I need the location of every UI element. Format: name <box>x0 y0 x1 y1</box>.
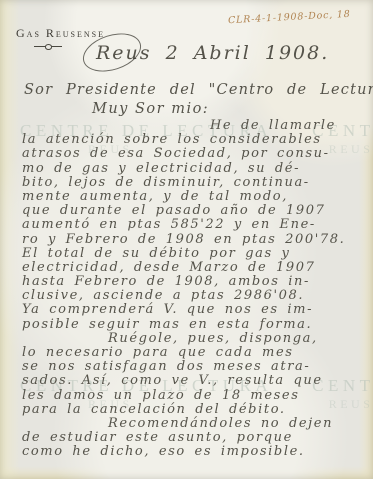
body-line: Ya comprenderá V. que nos es im- <box>22 303 368 317</box>
letterhead-ornament <box>34 46 62 47</box>
body-line: que durante el pasado año de 1907 <box>22 204 368 218</box>
body-line: sados. Así, como ve V., resulta que <box>22 374 368 388</box>
body-line: electricidad, desde Marzo de 1907 <box>22 261 368 275</box>
body-line: como he dicho, eso es imposible. <box>22 445 368 459</box>
date-line: Reus 2 Abril 1908. <box>96 42 329 64</box>
body-line: aumentó en ptas 585'22 y en Ene- <box>22 218 368 232</box>
body-line: clusive, asciende a ptas 2986'08. <box>22 289 368 303</box>
body-line: mente aumenta, y de tal modo, <box>22 190 368 204</box>
body-line: lo necesario para que cada mes <box>22 346 368 360</box>
body-line: hasta Febrero de 1908, ambos in- <box>22 275 368 289</box>
salutation: Muy Sor mio: <box>92 101 209 117</box>
recipient-line: Sor Presidente del "Centro de Lectura". <box>24 82 373 98</box>
body-line: Ruégole, pues, disponga, <box>22 332 368 346</box>
body-line: El total de su débito por gas y <box>22 247 368 261</box>
body-line: la atención sobre los considerables <box>22 133 368 147</box>
body-line: atrasos de esa Sociedad, por consu- <box>22 147 368 161</box>
body-line: mo de gas y electricidad, su dé- <box>22 162 368 176</box>
letterhead-company-name: Gas Reusense <box>16 26 105 41</box>
body-line: Recomendándoles no dejen <box>22 417 368 431</box>
body-line: posible seguir mas en esta forma. <box>22 318 368 332</box>
body-line: bito, lejos de disminuir, continua- <box>22 176 368 190</box>
body-line: de estudiar este asunto, porque <box>22 431 368 445</box>
body-line: He de llamarle <box>22 119 368 133</box>
archive-reference: CLR-4-1-1908-Doc, 18 <box>228 9 351 26</box>
body-line: para la cancelación del débito. <box>22 403 368 417</box>
body-line: se nos satisfagan dos meses atra- <box>22 360 368 374</box>
body-line: les damos un plazo de 18 meses <box>22 389 368 403</box>
body-line: ro y Febrero de 1908 en ptas 200'78. <box>22 233 368 247</box>
scanned-letter-page: CENTRE DE LECTURACENTRE DE LECTURA REUSR… <box>0 0 373 479</box>
letter-body: He de llamarle la atención sobre los con… <box>22 119 368 460</box>
